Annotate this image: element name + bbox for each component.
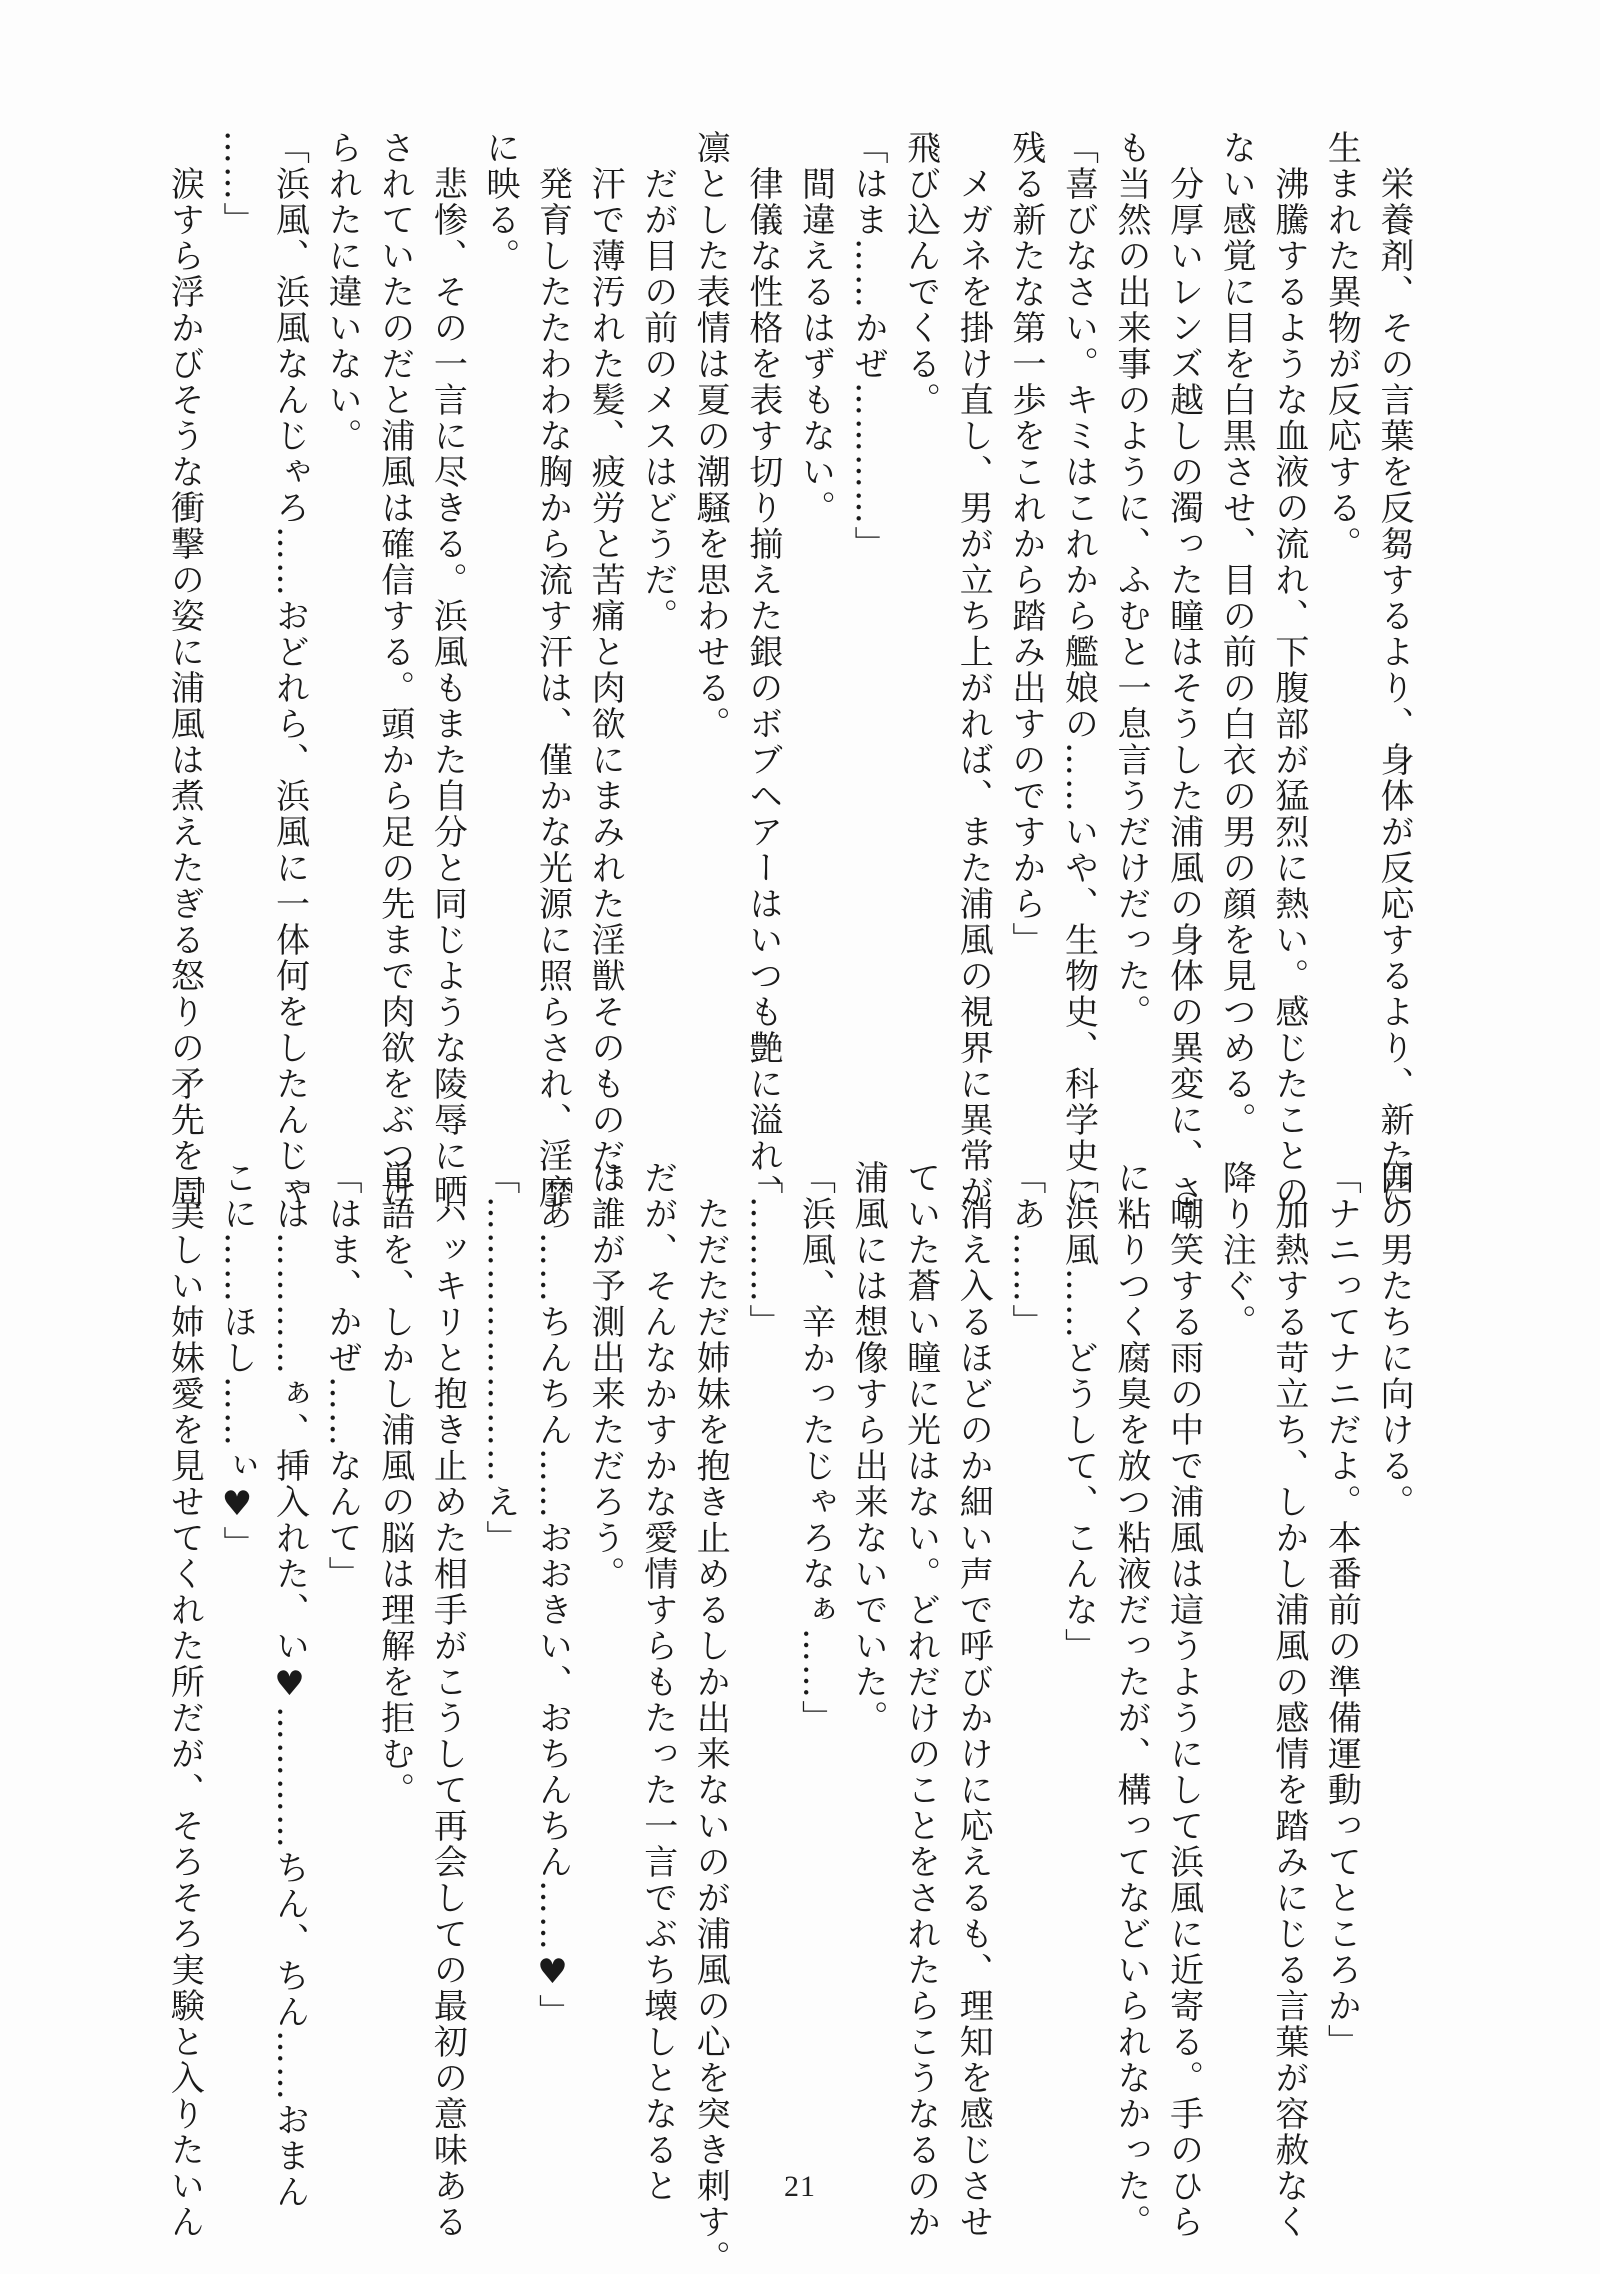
text-line: も当然の出来事のように、ふむと一息言うだけだった。 — [1104, 130, 1157, 1090]
dialogue-line: ……」 — [210, 130, 263, 1090]
text-line: 汗で薄汚れた髪、疲労と苦痛と肉欲にまみれた淫獣そのものだ。 — [579, 130, 632, 1090]
text-line: 浦風には想像すら出来ないでいた。 — [841, 1160, 894, 2120]
text-line: ただただ姉妹を抱き止めるしか出来ないのが浦風の心を突き刺す。 — [684, 1160, 737, 2120]
dialogue-line: 「ナニってナニだよ。本番前の準備運動ってところか」 — [1315, 1160, 1368, 2120]
dialogue-line: 「あ……」 — [999, 1160, 1052, 2120]
text-line: 囲の男たちに向ける。 — [1367, 1160, 1420, 2120]
dialogue-line: 「はま、かぜ……なんて」 — [316, 1160, 369, 2120]
text-line: ハッキリと抱き止めた相手がこうして再会しての最初の意味ある — [421, 1160, 474, 2120]
text-line: に映る。 — [473, 130, 526, 1090]
text-line: 飛び込んでくる。 — [894, 130, 947, 1090]
text-line: 降り注ぐ。 — [1210, 1160, 1263, 2120]
text-line: 間違えるはずもない。 — [789, 130, 842, 1090]
text-line: 涙すら浮かびそうな衝撃の姿に浦風は煮えたぎる怒りの矛先を周 — [158, 130, 211, 1090]
dialogue-line: 「あ……ちんちん……おおきい、おちんちん……♥」 — [526, 1160, 579, 2120]
text-line: 分厚いレンズ越しの濁った瞳はそうした浦風の身体の異変に、さ — [1157, 130, 1210, 1090]
text-line: ない感覚に目を白黒させ、目の前の白衣の男の顔を見つめる。 — [1210, 130, 1263, 1090]
text-line: 発育したたわわな胸から流す汗は、僅かな光源に照らされ、淫靡 — [526, 130, 579, 1090]
dialogue-line: 「浜風、辛かったじゃろなぁ……」 — [789, 1160, 842, 2120]
text-line: 栄養剤、その言葉を反芻するより、身体が反応するより、新たに — [1367, 130, 1420, 1090]
text-line: は誰が予測出来ただろう。 — [579, 1160, 632, 2120]
text-line: 生まれた異物が反応する。 — [1315, 130, 1368, 1090]
text-block-bottom-tier: 囲の男たちに向ける。 「ナニってナニだよ。本番前の準備運動ってところか」 加熱す… — [158, 1160, 1420, 2120]
text-line: られたに違いない。 — [316, 130, 369, 1090]
text-line: 加熱する苛立ち、しかし浦風の感情を踏みにじる言葉が容赦なく — [1262, 1160, 1315, 2120]
text-line: に粘りつく腐臭を放つ粘液だったが、構ってなどいられなかった。 — [1104, 1160, 1157, 2120]
text-line: 嘲笑する雨の中で浦風は這うようにして浜風に近寄る。手のひら — [1157, 1160, 1210, 2120]
text-line: ていた蒼い瞳に光はない。どれだけのことをされたらこうなるのか — [894, 1160, 947, 2120]
dialogue-line: 「浜風……どうして、こんな」 — [1052, 1160, 1105, 2120]
text-line: 凛とした表情は夏の潮騒を思わせる。 — [684, 130, 737, 1090]
page-number: 21 — [0, 2170, 1600, 2204]
dialogue-line: 残る新たな第一歩をこれから踏み出すのですから」 — [999, 130, 1052, 1090]
text-line: だが目の前のメスはどうだ。 — [631, 130, 684, 1090]
book-page: 栄養剤、その言葉を反芻するより、身体が反応するより、新たに 生まれた異物が反応す… — [0, 0, 1600, 2274]
dialogue-line: こに……ほし……ぃ♥」 — [210, 1160, 263, 2120]
dialogue-line: 「………」 — [736, 1160, 789, 2120]
text-line: 単語を、しかし浦風の脳は理解を拒む。 — [368, 1160, 421, 2120]
dialogue-line: 「……………………え」 — [473, 1160, 526, 2120]
dialogue-line: 「は…………ぁ、挿入れた、い♥…………ちん、ちん……おまん — [263, 1160, 316, 2120]
text-line: 消え入るほどのか細い声で呼びかけに応えるも、理知を感じさせ — [947, 1160, 1000, 2120]
text-line: 律儀な性格を表す切り揃えた銀のボブヘアーはいつも艶に溢れ、 — [736, 130, 789, 1090]
dialogue-line: 「喜びなさい。キミはこれから艦娘の……いや、生物史、科学史に — [1052, 130, 1105, 1090]
text-line: だが、そんなかすかな愛情すらもたった一言でぶち壊しとなると — [631, 1160, 684, 2120]
dialogue-line: 「美しい姉妹愛を見せてくれた所だが、そろそろ実験と入りたいん — [158, 1160, 211, 2120]
text-line: されていたのだと浦風は確信する。頭から足の先まで肉欲をぶつけ — [368, 130, 421, 1090]
dialogue-line: 「はま……かぜ…………」 — [841, 130, 894, 1090]
text-block-top-tier: 栄養剤、その言葉を反芻するより、身体が反応するより、新たに 生まれた異物が反応す… — [158, 130, 1420, 1090]
dialogue-line: 「浜風、浜風なんじゃろ……おどれら、浜風に一体何をしたんじゃ — [263, 130, 316, 1090]
text-line: 悲惨、その一言に尽きる。浜風もまた自分と同じような陵辱に晒 — [421, 130, 474, 1090]
text-line: メガネを掛け直し、男が立ち上がれば、また浦風の視界に異常が — [947, 130, 1000, 1090]
text-line: 沸騰するような血液の流れ、下腹部が猛烈に熱い。感じたことの — [1262, 130, 1315, 1090]
